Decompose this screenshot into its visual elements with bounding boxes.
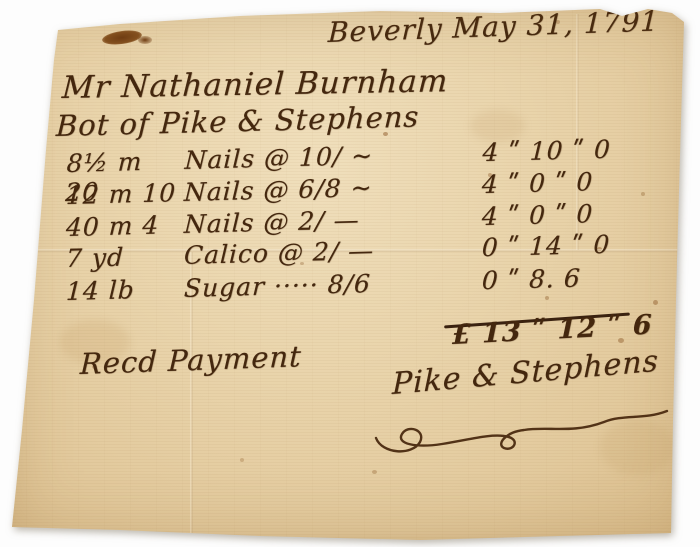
paper-sheet: Beverly May 31, 1791 Mr Nathaniel Burnha… [0,0,700,547]
speck [641,192,645,196]
speck [597,247,602,251]
item-amount: 4 ʺ 10 ʺ 0 [482,134,645,167]
speck [240,458,244,462]
item-row: 14 lb Sugar ····· 8/6 0 ʺ 8. 6 [65,262,644,306]
received-payment-line: Recd Payment [79,339,302,381]
item-description: Sugar ····· 8/6 [183,266,482,303]
item-quantity: 8½ m 20 [65,146,185,207]
horizontal-fold-crease [12,249,678,252]
signature-line: Pike & Stephens [392,344,659,403]
item-description: Nails @ 2/ — [183,202,482,239]
speck [545,296,549,300]
sum-rule [444,313,630,329]
addressee-line: Mr Nathaniel Burnham [61,63,449,106]
item-description: Nails @ 10/ ∼ [184,138,483,175]
item-quantity: 14 lb [65,274,184,306]
item-description: Calico @ 2/ — [183,233,482,270]
vertical-fold-crease [576,14,579,250]
place-date-line: Beverly May 31, 1791 [327,4,659,49]
speck [92,365,97,369]
item-row: 8½ m 20 Nails @ 10/ ∼ 4 ʺ 10 ʺ 0 [65,134,645,207]
item-amount: 0 ʺ 14 ʺ 0 [481,229,644,262]
item-row: 12 m 10 Nails @ 6/8 ∼ 4 ʺ 0 ʺ 0 [65,166,644,210]
bought-of-line: Bot of Pike & Stephens [55,99,420,143]
speck [488,173,492,177]
item-quantity: 40 m 4 [65,210,184,242]
tea-stain [60,320,130,364]
item-amount: 0 ʺ 8. 6 [481,262,644,295]
item-amount: 4 ʺ 0 ʺ 0 [481,198,644,231]
speck [300,262,304,265]
item-quantity: 7 yd [65,241,184,273]
tea-stain [470,110,525,142]
total-line: £ 13 ʺ 12 ʺ 6 [452,309,653,351]
tea-stain [600,420,675,475]
ink-blot [101,28,142,46]
item-row: 7 yd Calico @ 2/ — 0 ʺ 14 ʺ 0 [65,229,644,273]
speck [618,338,624,343]
speck [653,300,658,305]
speck [372,470,377,474]
handwriting-layer: Beverly May 31, 1791 Mr Nathaniel Burnha… [0,0,700,547]
speck [383,132,388,136]
item-row: 40 m 4 Nails @ 2/ — 4 ʺ 0 ʺ 0 [65,198,644,242]
vertical-fold-crease [190,252,193,533]
speck [556,20,560,24]
item-amount: 4 ʺ 0 ʺ 0 [481,166,644,199]
signature-flourish-icon [372,404,672,462]
ink-blot [138,36,152,44]
item-quantity: 12 m 10 [65,178,184,210]
item-description: Nails @ 6/8 ∼ [183,170,482,207]
paper-shadow: Beverly May 31, 1791 Mr Nathaniel Burnha… [0,0,700,547]
scanned-receipt: Beverly May 31, 1791 Mr Nathaniel Burnha… [0,0,700,547]
